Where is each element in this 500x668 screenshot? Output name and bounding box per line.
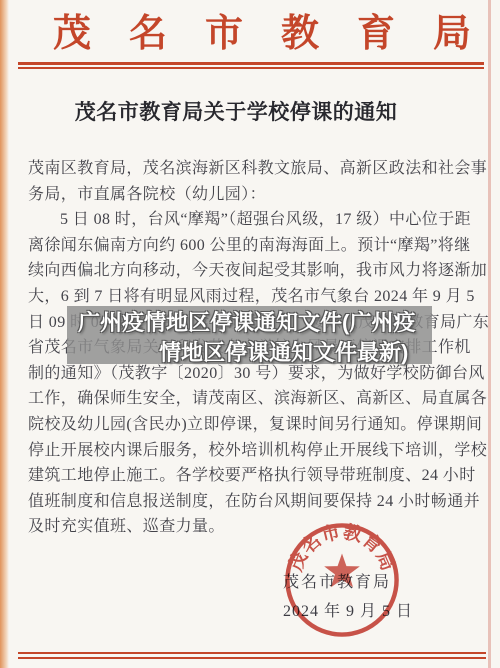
watermark-caption-line-1: 广州疫情地区停课通知文件(广州疫 [78, 308, 415, 338]
seal-star-icon [324, 553, 360, 587]
body-line: 及时充实值班、巡查力量。 [28, 514, 480, 540]
letterhead-org-name: 茂名市教育局 [53, 14, 500, 54]
body-line: 务局，市直属各院校（幼儿园）： [28, 182, 480, 208]
body-line: 续向西偏北方向移动，今天夜间起受其影响，我市风力将逐渐加 [28, 258, 480, 284]
body-line: 茂南区教育局，茂名滨海新区科教文旅局、高新区政法和社会事 [28, 156, 480, 182]
body-line: 院校及幼儿园(含民办)立即停课，复课时间另行通知。停课期间 [28, 412, 480, 438]
official-seal: 茂名市教育局 [283, 521, 401, 639]
red-divider-top [18, 62, 484, 69]
doc-title: 茂名市教育局关于学校停课的通知 [0, 96, 472, 126]
scan-right-edge-line [488, 0, 491, 668]
body-line: 建筑工地停止施工。各学校要严格执行领导带班制度、24 小时 [28, 463, 480, 489]
red-divider-bottom [18, 652, 486, 659]
body-line: 5 日 08 时，台风“摩羯”（超强台风级，17 级）中心位于距 [28, 207, 480, 233]
body-line: 停止开展校内课后服务，校外培训机构停止开展线下培训，学校 [28, 438, 480, 464]
watermark-caption-line-2: 情地区停课通知文件最新) [159, 338, 408, 368]
body-line: 离徐闻东偏南方向约 600 公里的南海海面上。预计“摩羯”将继 [28, 233, 480, 259]
watermark-caption-overlay: 广州疫情地区停课通知文件(广州疫 情地区停课通知文件最新) [67, 306, 432, 364]
document-page: 茂名市教育局 茂名市教育局关于学校停课的通知 茂南区教育局，茂名滨海新区科教文旅… [0, 0, 500, 668]
body-line: 工作，确保师生安全，请茂南区、滨海新区、高新区、局直属各 [28, 386, 480, 412]
body-line: 值班制度和信息报送制度，在防台风期间要保持 24 小时畅通并 [28, 489, 480, 515]
